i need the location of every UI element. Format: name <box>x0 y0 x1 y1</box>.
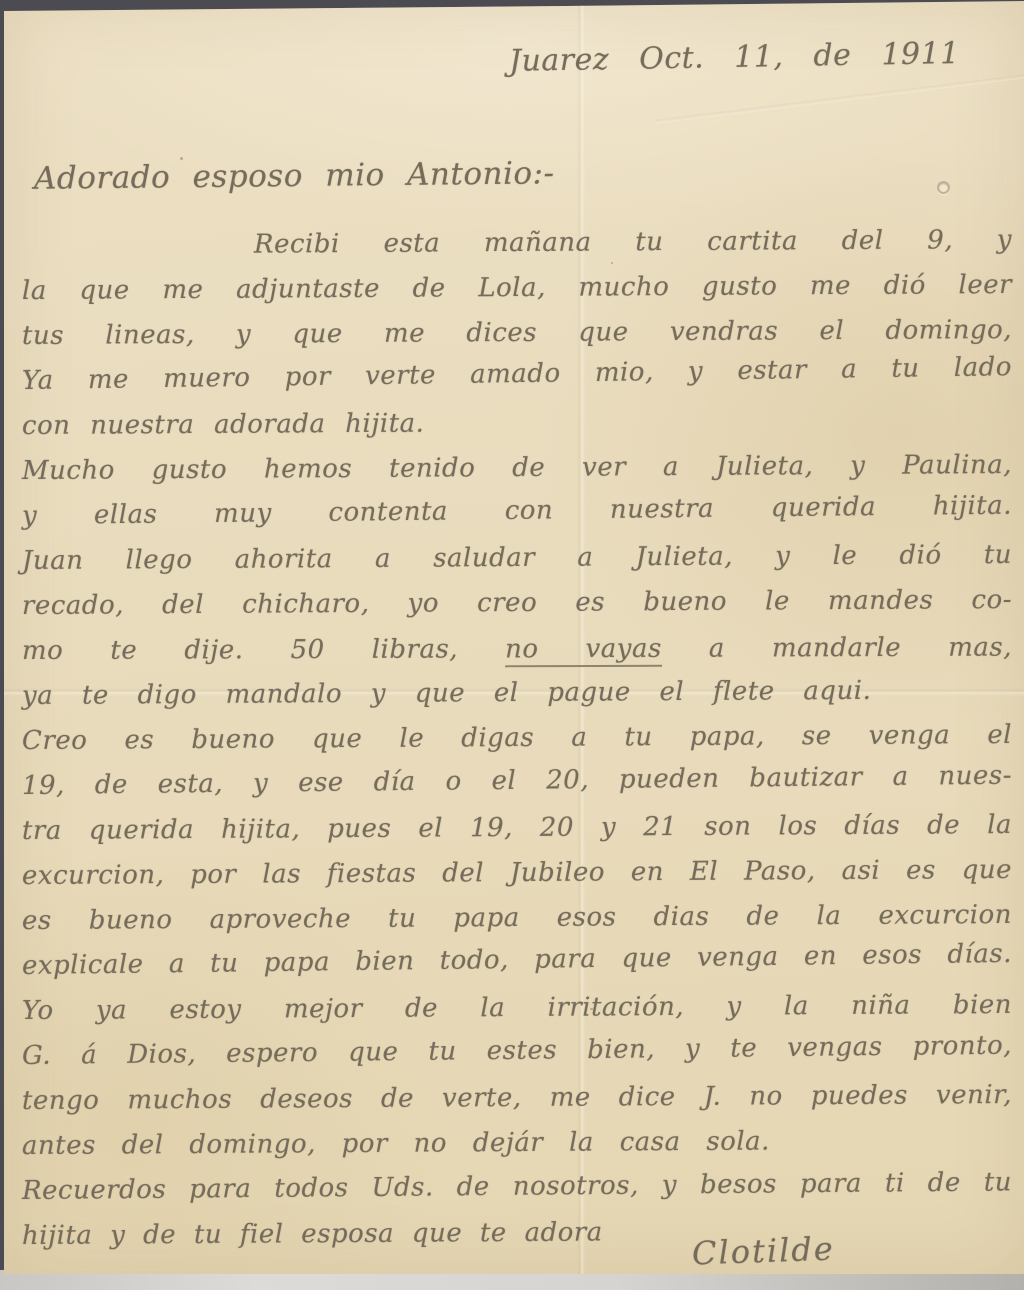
letter-line: tengo muchos deseos de verte, me dice J.… <box>22 1073 1012 1124</box>
letter-line: G. á Dios, espero que tu estes bien, y t… <box>22 1024 1012 1079</box>
letter-line: Recibi esta mañana tu cartita del 9, y <box>22 218 1012 269</box>
letter-line: la que me adjuntaste de Lola, mucho gust… <box>22 263 1012 314</box>
letter-body: Recibi esta mañana tu cartita del 9, yla… <box>22 224 1012 1259</box>
salutation: Adorado esposo mio Antonio:- <box>34 155 555 196</box>
fold-crease-diagonal <box>655 72 1024 123</box>
letter-line: hijita y de tu fiel esposa que te adora <box>22 1208 1012 1259</box>
letter-line: 19, de esta, y ese día o el 20, pueden b… <box>22 754 1012 809</box>
underlined-phrase: no vayas <box>505 634 662 668</box>
letter-line: Juan llego ahorita a saludar a Julieta, … <box>22 533 1012 584</box>
letter-line: con nuestra adorada hijita. <box>22 398 1012 449</box>
signature: Clotilde <box>691 1230 835 1273</box>
letter-line: excurcion, por las fiestas del Jubileo e… <box>22 848 1012 899</box>
letter-line: tra querida hijita, pues el 19, 20 y 21 … <box>22 803 1012 854</box>
scan-background: { "document": { "kind": "handwritten let… <box>0 0 1024 1290</box>
letter-page: Juarez Oct. 11, de 1911 Adorado esposo m… <box>4 0 1024 1274</box>
letter-line: y ellas muy contenta con nuestra querida… <box>22 484 1012 539</box>
letter-line: recado, del chicharo, yo creo es bueno l… <box>22 578 1012 629</box>
dateline: Juarez Oct. 11, de 1911 <box>509 36 950 79</box>
letter-line: ya te digo mandalo y que el pague el fle… <box>22 668 1012 719</box>
letter-line: mo te dije. 50 libras, no vayas a mandar… <box>22 626 1012 674</box>
pin-hole <box>937 181 950 194</box>
letter-line: Recuerdos para todos Uds. de nosotros, y… <box>22 1160 1012 1214</box>
